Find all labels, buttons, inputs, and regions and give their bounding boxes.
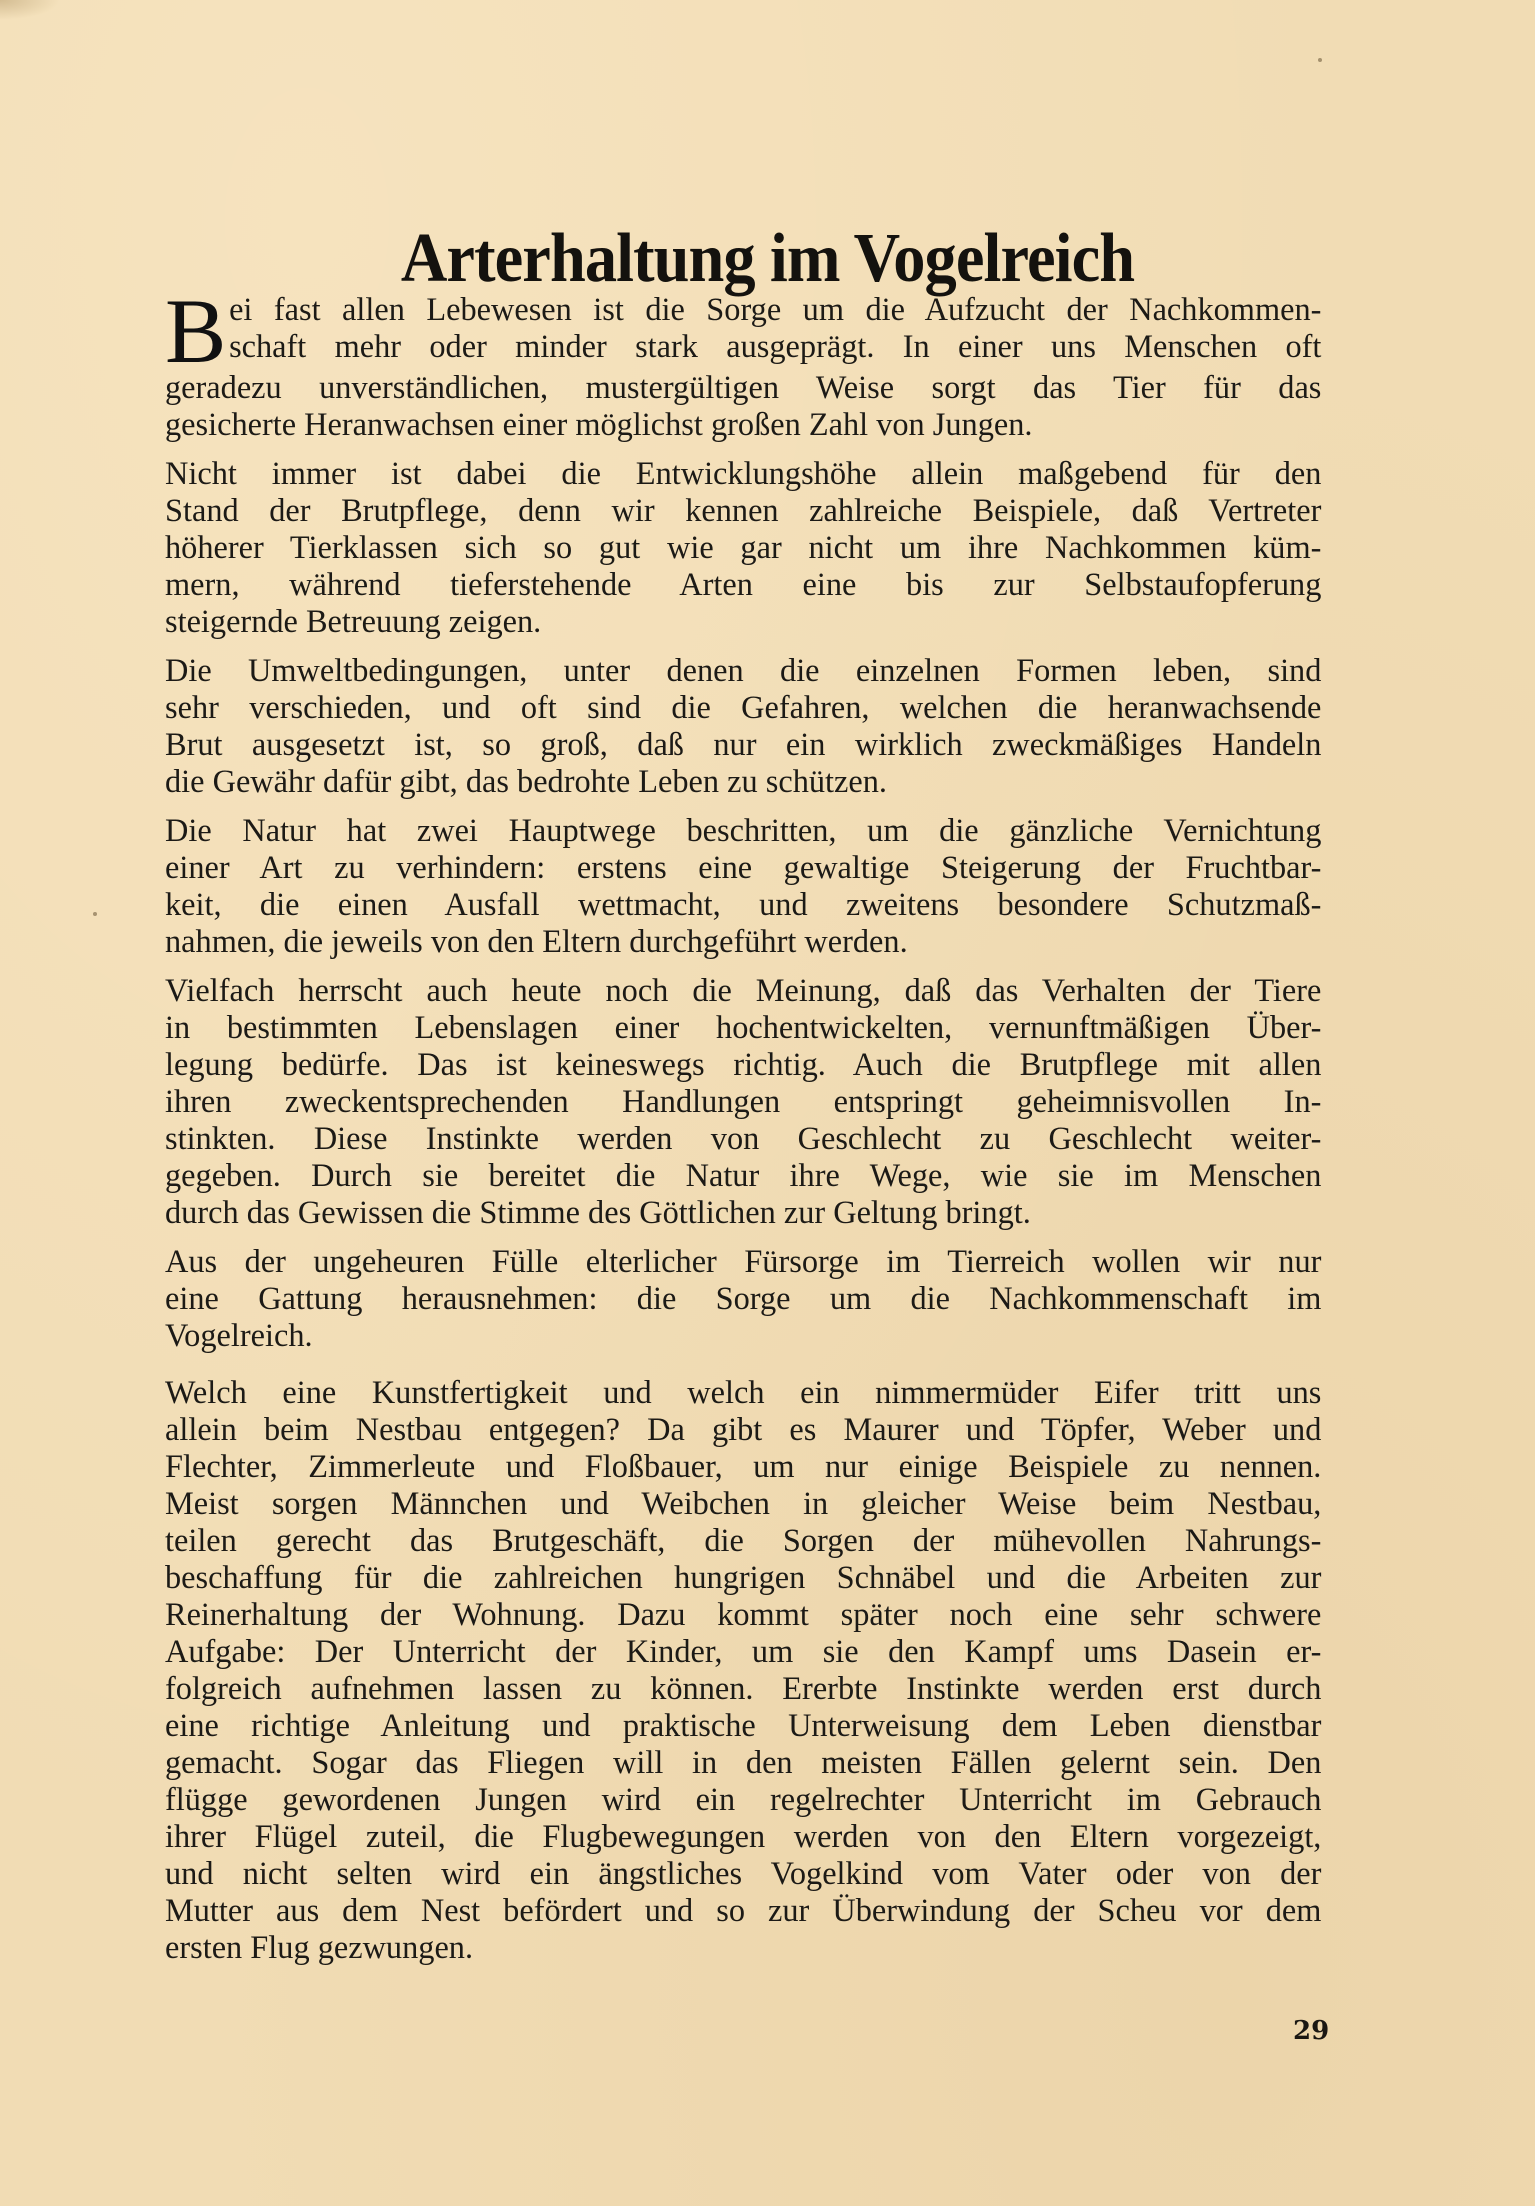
text-line: Die Umweltbedingungen, unter denen die e… — [165, 653, 1321, 690]
text-line: Die Natur hat zwei Hauptwege beschritten… — [165, 813, 1321, 850]
text-line: ihren zweckentsprechenden Handlungen ent… — [165, 1084, 1321, 1121]
text-line: höherer Tierklassen sich so gut wie gar … — [165, 530, 1321, 567]
paragraph-3: Die Umweltbedingungen, unter denen die e… — [165, 653, 1345, 801]
paragraph-1: B ei fast allen Lebewesen ist die Sorge … — [165, 292, 1345, 444]
text-line: Mutter aus dem Nest befördert und so zur… — [165, 1893, 1321, 1930]
text-line: mern, während tieferstehende Arten eine … — [165, 567, 1321, 604]
paragraph-2: Nicht immer ist dabei die Entwicklungshö… — [165, 456, 1345, 641]
text-line: Aufgabe: Der Unterricht der Kinder, um s… — [165, 1634, 1321, 1671]
text-line: geradezu unverständlichen, mustergültige… — [165, 370, 1321, 407]
text-line: ei fast allen Lebewesen ist die Sorge um… — [165, 292, 1321, 329]
article-body: B ei fast allen Lebewesen ist die Sorge … — [165, 292, 1345, 1979]
text-line: durch das Gewissen die Stimme des Göttli… — [165, 1195, 1321, 1232]
text-line: stinkten. Diese Instinkte werden von Ges… — [165, 1121, 1321, 1158]
text-line: und nicht selten wird ein ängstliches Vo… — [165, 1856, 1321, 1893]
text-line: Flechter, Zimmerleute und Floßbauer, um … — [165, 1449, 1321, 1486]
text-line: einer Art zu verhindern: erstens eine ge… — [165, 850, 1321, 887]
text-line: flügge gewordenen Jungen wird ein regelr… — [165, 1782, 1321, 1819]
page-title: Arterhaltung im Vogelreich — [61, 219, 1473, 299]
text-line: Vielfach herrscht auch heute noch die Me… — [165, 973, 1321, 1010]
text-line: keit, die einen Ausfall wettmacht, und z… — [165, 887, 1321, 924]
text-line: Brut ausgesetzt ist, so groß, daß nur ei… — [165, 727, 1321, 764]
text-line: gemacht. Sogar das Fliegen will in den m… — [165, 1745, 1321, 1782]
corner-stain — [0, 0, 60, 20]
text-line: ersten Flug gezwungen. — [165, 1930, 1321, 1967]
text-line: sehr verschieden, und oft sind die Gefah… — [165, 690, 1321, 727]
text-line: die Gewähr dafür gibt, das bedrohte Lebe… — [165, 764, 1321, 801]
text-line: legung bedürfe. Das ist keineswegs richt… — [165, 1047, 1321, 1084]
text-line: folgreich aufnehmen lassen zu können. Er… — [165, 1671, 1321, 1708]
text-line: beschaffung für die zahlreichen hungrige… — [165, 1560, 1321, 1597]
text-line: schaft mehr oder minder stark ausgeprägt… — [165, 329, 1321, 366]
paragraph-5: Vielfach herrscht auch heute noch die Me… — [165, 973, 1345, 1232]
paragraph-7: Welch eine Kunstfertigkeit und welch ein… — [165, 1375, 1345, 1967]
text-line: nahmen, die jeweils von den Eltern durch… — [165, 924, 1321, 961]
paper-speck — [93, 912, 97, 916]
text-line: steigernde Betreuung zeigen. — [165, 604, 1321, 641]
paper-speck — [1318, 58, 1322, 62]
text-line: gesicherte Heranwachsen einer möglichst … — [165, 407, 1321, 444]
text-line: teilen gerecht das Brutgeschäft, die Sor… — [165, 1523, 1321, 1560]
text-line: eine Gattung herausnehmen: die Sorge um … — [165, 1281, 1321, 1318]
page-number: 29 — [1293, 2016, 1329, 2046]
text-line: Welch eine Kunstfertigkeit und welch ein… — [165, 1375, 1321, 1412]
text-line: Reinerhaltung der Wohnung. Dazu kommt sp… — [165, 1597, 1321, 1634]
text-line: allein beim Nestbau entgegen? Da gibt es… — [165, 1412, 1321, 1449]
text-line: Vogelreich. — [165, 1318, 1321, 1355]
paragraph-6: Aus der ungeheuren Fülle elterlicher Für… — [165, 1244, 1345, 1355]
text-line: gegeben. Durch sie bereitet die Natur ih… — [165, 1158, 1321, 1195]
paragraph-4: Die Natur hat zwei Hauptwege beschritten… — [165, 813, 1345, 961]
text-line: ihrer Flügel zuteil, die Flugbewegungen … — [165, 1819, 1321, 1856]
text-line: Stand der Brutpflege, denn wir kennen za… — [165, 493, 1321, 530]
text-line: Meist sorgen Männchen und Weibchen in gl… — [165, 1486, 1321, 1523]
text-line: Nicht immer ist dabei die Entwicklungshö… — [165, 456, 1321, 493]
text-line: in bestimmten Lebenslagen einer hochentw… — [165, 1010, 1321, 1047]
text-line: eine richtige Anleitung und praktische U… — [165, 1708, 1321, 1745]
text-line: Aus der ungeheuren Fülle elterlicher Für… — [165, 1244, 1321, 1281]
